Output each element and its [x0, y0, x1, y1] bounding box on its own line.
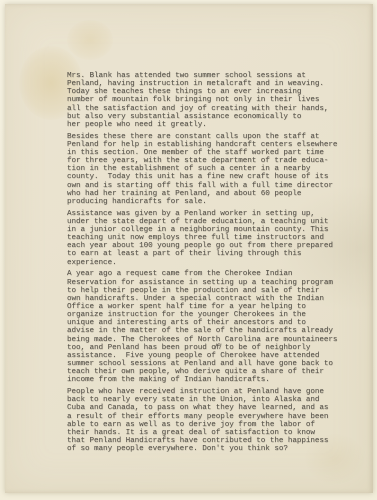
paragraph-5: People who have received instruction at …	[67, 388, 359, 453]
scanned-page: Mrs. Blank has attended two summer schoo…	[0, 0, 377, 500]
paper-sheet: Mrs. Blank has attended two summer schoo…	[5, 4, 373, 493]
paragraph-2: Besides these there are constant calls u…	[67, 133, 359, 206]
paragraph-1: Mrs. Blank has attended two summer schoo…	[67, 72, 359, 129]
paragraph-4: A year ago a request came from the Chero…	[67, 270, 359, 384]
paper-stain	[67, 20, 113, 60]
paragraph-3: Assistance was given by a Penland worker…	[67, 210, 359, 267]
letter-body: Mrs. Blank has attended two summer schoo…	[67, 72, 359, 457]
